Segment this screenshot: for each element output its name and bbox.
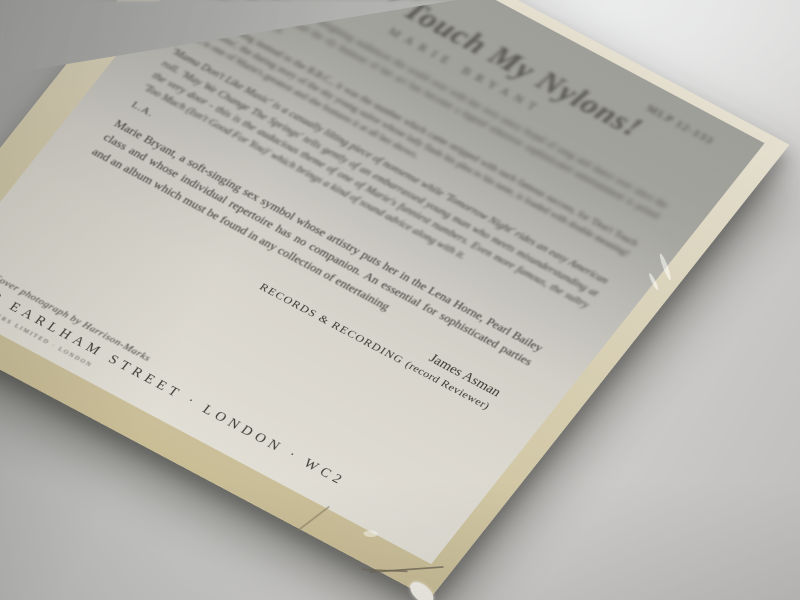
corner-chip	[406, 579, 437, 600]
sleeve-back-paper: MLP 12-133 Don't Touch My Nylons! MARIE …	[0, 0, 765, 564]
photo-scene: MLP 12-133 Don't Touch My Nylons! MARIE …	[0, 0, 800, 600]
flipback-flap-seam	[296, 506, 330, 532]
sleeve-footer: Cover photograph by Harrison-Marks 12 EA…	[0, 272, 440, 541]
record-sleeve: MLP 12-133 Don't Touch My Nylons! MARIE …	[0, 0, 790, 599]
liner-notes-layout: MLP 12-133 Don't Touch My Nylons! MARIE …	[0, 0, 765, 564]
edge-nick	[363, 530, 377, 537]
